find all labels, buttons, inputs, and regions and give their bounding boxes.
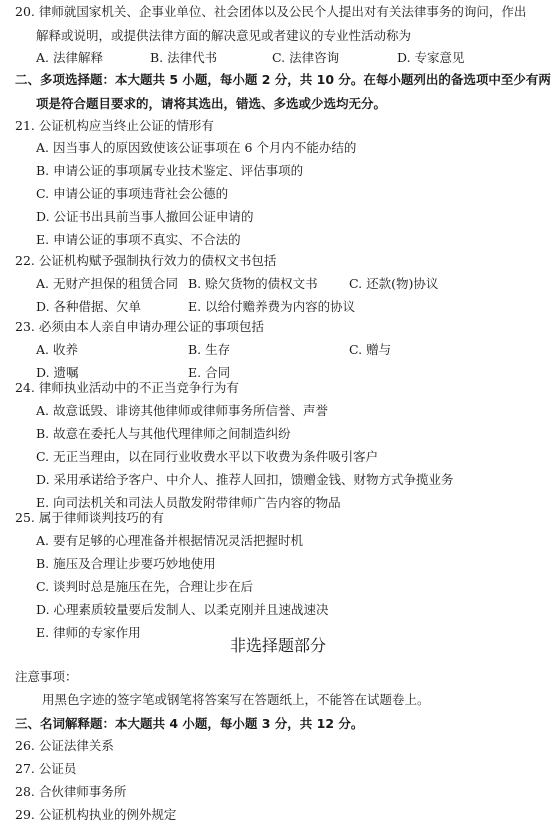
q24-stem: 24. 律师执业活动中的不正当竞争行为有 bbox=[15, 380, 239, 396]
q27-item: 27. 公证员 bbox=[15, 761, 76, 777]
q24-option-b: B. 故意在委托人与其他代理律师之间制造纠纷 bbox=[36, 426, 291, 442]
section3-header: 三、名词解释题：本大题共 4 小题，每小题 3 分，共 12 分。 bbox=[15, 716, 363, 732]
q25-option-b: B. 施压及合理让步要巧妙地使用 bbox=[36, 556, 216, 572]
q23-option-a: A. 收养 bbox=[36, 342, 78, 358]
q25-option-a: A. 要有足够的心理准备并根据情况灵活把握时机 bbox=[36, 533, 303, 549]
q20-option-d: D. 专家意见 bbox=[397, 50, 465, 66]
q23-option-e: E. 合同 bbox=[188, 365, 230, 381]
q26-item: 26. 公证法律关系 bbox=[15, 738, 114, 754]
q24-option-d: D. 采用承诺给予客户、中介人、推荐人回扣，馈赠金钱、财物方式争揽业务 bbox=[36, 472, 454, 488]
q20-option-b: B. 法律代书 bbox=[150, 50, 217, 66]
q23-option-b: B. 生存 bbox=[188, 342, 230, 358]
q22-option-d: D. 各种借据、欠单 bbox=[36, 299, 141, 315]
q25-option-d: D. 心理素质较量要后发制人、以柔克刚并且速战速决 bbox=[36, 602, 329, 618]
q28-item: 28. 合伙律师事务所 bbox=[15, 784, 126, 800]
q23-stem: 23. 必须由本人亲自申请办理公证的事项包括 bbox=[15, 319, 264, 335]
q23-option-c: C. 赠与 bbox=[349, 342, 391, 358]
q24-option-a: A. 故意诋毁、诽谤其他律师或律师事务所信誉、声誉 bbox=[36, 403, 328, 419]
q21-option-b: B. 申请公证的事项属专业技术鉴定、评估事项的 bbox=[36, 163, 303, 179]
q24-option-c: C. 无正当理由，以在同行业收费水平以下收费为条件吸引客户 bbox=[36, 449, 378, 465]
q22-option-c: C. 还款(物)协议 bbox=[349, 276, 438, 292]
notice-body: 用黑色字迹的签字笔或钢笔将答案写在答题纸上，不能答在试题卷上。 bbox=[42, 692, 430, 708]
q20-stem-line1: 20. 律师就国家机关、企事业单位、社会团体以及公民个人提出对有关法律事务的询问… bbox=[15, 4, 526, 20]
q24-option-e: E. 向司法机关和司法人员散发附带律师广告内容的物品 bbox=[36, 495, 341, 511]
exam-page: 20. 律师就国家机关、企事业单位、社会团体以及公民个人提出对有关法律事务的询问… bbox=[0, 0, 556, 835]
q21-option-e: E. 申请公证的事项不真实、不合法的 bbox=[36, 232, 241, 248]
q21-stem: 21. 公证机构应当终止公证的情形有 bbox=[15, 118, 214, 134]
q22-option-e: E. 以给付赡养费为内容的协议 bbox=[188, 299, 355, 315]
notice-title: 注意事项： bbox=[15, 669, 78, 685]
q20-option-a: A. 法律解释 bbox=[36, 50, 103, 66]
q20-option-c: C. 法律咨询 bbox=[272, 50, 339, 66]
q22-option-b: B. 赊欠货物的债权文书 bbox=[188, 276, 318, 292]
q25-stem: 25. 属于律师谈判技巧的有 bbox=[15, 510, 164, 526]
q23-option-d: D. 遗嘱 bbox=[36, 365, 79, 381]
q22-option-a: A. 无财产担保的租赁合同 bbox=[36, 276, 178, 292]
section2-header-line1: 二、多项选择题：本大题共 5 小题，每小题 2 分，共 10 分。在每小题列出的… bbox=[15, 72, 551, 88]
q21-option-d: D. 公证书出具前当事人撤回公证申请的 bbox=[36, 209, 254, 225]
part-heading: 非选择题部分 bbox=[0, 636, 556, 656]
q25-option-c: C. 谈判时总是施压在先，合理让步在后 bbox=[36, 579, 253, 595]
q29-item: 29. 公证机构执业的例外规定 bbox=[15, 807, 176, 823]
q20-stem-line2: 解释或说明，或提供法律方面的解决意见或者建议的专业性活动称为 bbox=[36, 28, 411, 44]
q21-option-c: C. 申请公证的事项违背社会公德的 bbox=[36, 186, 228, 202]
q22-stem: 22. 公证机构赋予强制执行效力的债权文书包括 bbox=[15, 253, 276, 269]
q21-option-a: A. 因当事人的原因致使该公证事项在 6 个月内不能办结的 bbox=[36, 140, 356, 156]
section2-header-line2: 项是符合题目要求的，请将其选出，错选、多选或少选均无分。 bbox=[36, 96, 386, 112]
